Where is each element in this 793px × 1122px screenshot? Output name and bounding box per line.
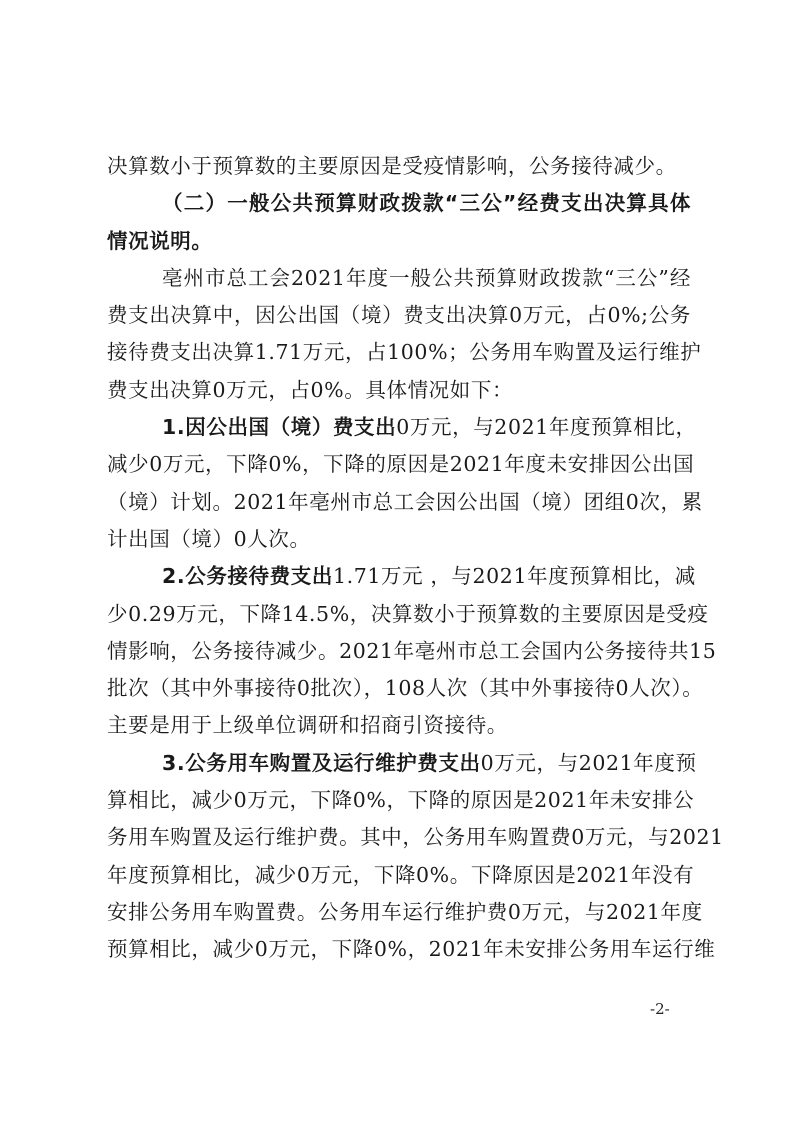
paragraph-item-1: 1.因公出国（境）费支出0万元，与2021年度预算相比， 减少0万元，下降0%，… [107, 409, 691, 558]
text-line: 3.公务用车购置及运行维护费支出0万元，与2021年度预 [107, 745, 691, 782]
section-heading: （二）一般公共预算财政拨款“三公”经费支出决算具体 情况说明。 [107, 185, 691, 260]
paragraph-summary: 亳州市总工会2021年度一般公共预算财政拨款“三公”经 费支出决算中，因公出国（… [107, 260, 691, 409]
document-page: 决算数小于预算数的主要原因是受疫情影响，公务接待减少。 （二）一般公共预算财政拨… [107, 148, 691, 969]
item-lead: 3.公务用车购置及运行维护费支出 [162, 751, 481, 775]
text-line: 少0.29万元，下降14.5%，决算数小于预算数的主要原因是受疫 [107, 596, 691, 633]
item-text: 0万元，与2021年度预算相比， [396, 415, 696, 439]
text-line: 亳州市总工会2021年度一般公共预算财政拨款“三公”经 [107, 260, 691, 297]
paragraph-item-2: 2.公务接待费支出1.71万元 ，与2021年度预算相比，减 少0.29万元，下… [107, 558, 691, 744]
page-number: -2- [650, 1000, 670, 1018]
item-lead: 1.因公出国（境）费支出 [162, 415, 396, 439]
paragraph-item-3: 3.公务用车购置及运行维护费支出0万元，与2021年度预 算相比，减少0万元，下… [107, 745, 691, 969]
heading-line: （二）一般公共预算财政拨款“三公”经费支出决算具体 [107, 185, 691, 222]
item-lead: 2.公务接待费支出 [162, 564, 333, 588]
item-text: 1.71万元 ，与2021年度预算相比，减 [333, 564, 696, 588]
text-line: 主要是用于上级单位调研和招商引资接待。 [107, 707, 691, 744]
text-line: 减少0万元，下降0%，下降的原因是2021年度未安排因公出国 [107, 446, 691, 483]
text-line: 费支出决算中，因公出国（境）费支出决算0万元，占0%;公务 [107, 297, 691, 334]
text-line: 计出国（境）0人次。 [107, 521, 691, 558]
text-line: 预算相比，减少0万元，下降0%，2021年未安排公务用车运行维 [107, 931, 691, 968]
text-line: （境）计划。2021年亳州市总工会因公出国（境）团组0次，累 [107, 484, 691, 521]
text-line: 算相比，减少0万元，下降0%，下降的原因是2021年未安排公 [107, 782, 691, 819]
text-line: 批次（其中外事接待0批次），108人次（其中外事接待0人次）。 [107, 670, 691, 707]
text-line: 1.因公出国（境）费支出0万元，与2021年度预算相比， [107, 409, 691, 446]
item-text: 0万元，与2021年度预 [481, 751, 697, 775]
paragraph-continuation: 决算数小于预算数的主要原因是受疫情影响，公务接待减少。 [107, 148, 691, 185]
text-line: 务用车购置及运行维护费。其中，公务用车购置费0万元，与2021 [107, 819, 691, 856]
text-line: 情影响，公务接待减少。2021年亳州市总工会国内公务接待共15 [107, 633, 691, 670]
text-line: 费支出决算0万元，占0%。具体情况如下： [107, 372, 691, 409]
text-line: 决算数小于预算数的主要原因是受疫情影响，公务接待减少。 [107, 148, 691, 185]
heading-line: 情况说明。 [107, 223, 691, 260]
text-line: 接待费支出决算1.71万元，占100%；公务用车购置及运行维护 [107, 334, 691, 371]
text-line: 2.公务接待费支出1.71万元 ，与2021年度预算相比，减 [107, 558, 691, 595]
text-line: 年度预算相比，减少0万元，下降0%。下降原因是2021年没有 [107, 857, 691, 894]
text-line: 安排公务用车购置费。公务用车运行维护费0万元，与2021年度 [107, 894, 691, 931]
